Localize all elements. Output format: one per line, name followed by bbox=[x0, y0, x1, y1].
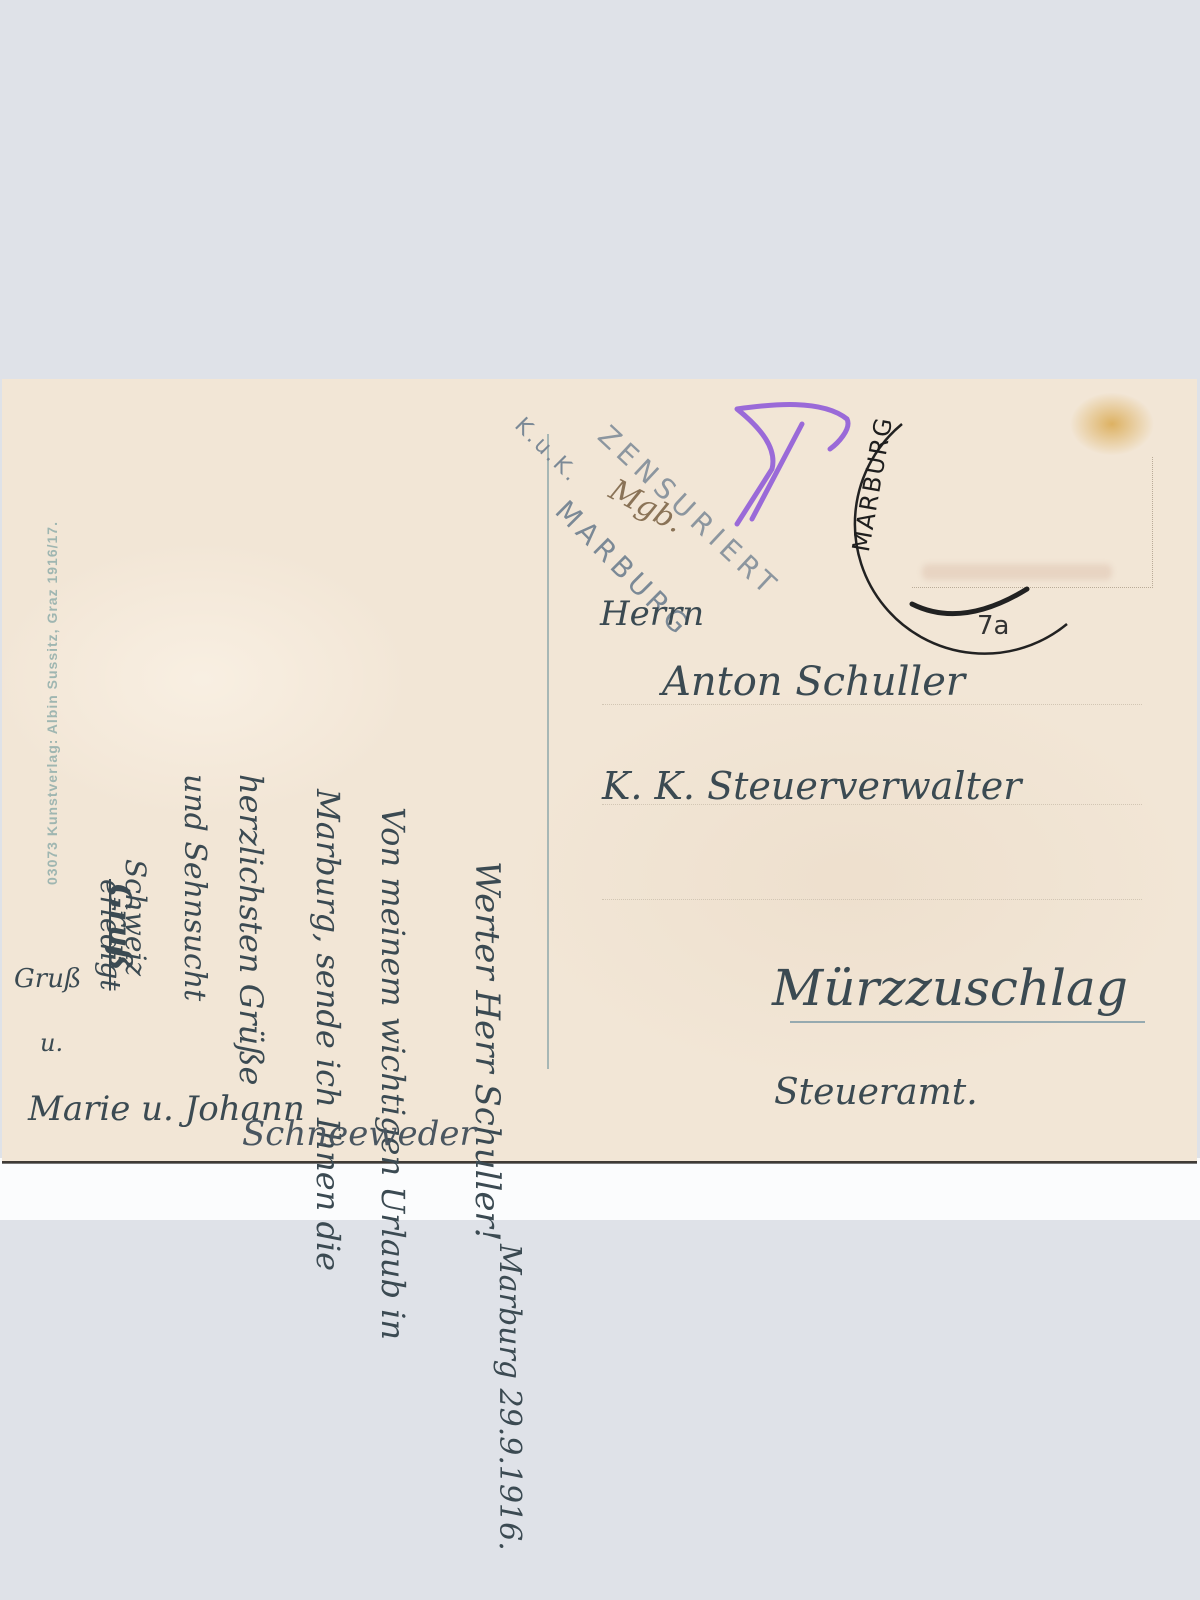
message-line: erledigt bbox=[94, 879, 127, 991]
message-line: herzlichsten Grüße bbox=[232, 774, 270, 1085]
message-line: Marburg, sende ich Ihnen die bbox=[309, 789, 347, 1271]
city-underline bbox=[790, 1021, 1145, 1023]
address-city: Mürzzuschlag bbox=[772, 959, 1128, 1017]
message-place-date: Marburg 29.9.1916. bbox=[492, 1244, 527, 1551]
postcard: 03073 Kunstverlag: Albin Sussitz, Graz 1… bbox=[2, 379, 1197, 1163]
message-line: Von meinem wichtigen Urlaub in bbox=[374, 807, 412, 1340]
message-closing-and: u. bbox=[40, 1029, 63, 1057]
message-line: Werter Herr Schuller! bbox=[467, 861, 507, 1241]
message-closing: Gruß bbox=[14, 964, 81, 994]
postmark-code: 7a bbox=[977, 611, 1009, 641]
address-title: K. K. Steuerverwalter bbox=[602, 764, 1021, 808]
center-divider bbox=[547, 434, 549, 1069]
scan-background-band bbox=[0, 1158, 1200, 1220]
address-department: Steueramt. bbox=[774, 1072, 978, 1113]
address-salutation: Herrn bbox=[600, 594, 704, 634]
signature-surname: Schneeweder bbox=[242, 1114, 476, 1154]
publisher-imprint: 03073 Kunstverlag: Albin Sussitz, Graz 1… bbox=[44, 508, 60, 898]
message-line: und Sehnsucht bbox=[177, 774, 212, 1001]
address-rule bbox=[602, 899, 1142, 900]
address-name: Anton Schuller bbox=[662, 659, 965, 705]
